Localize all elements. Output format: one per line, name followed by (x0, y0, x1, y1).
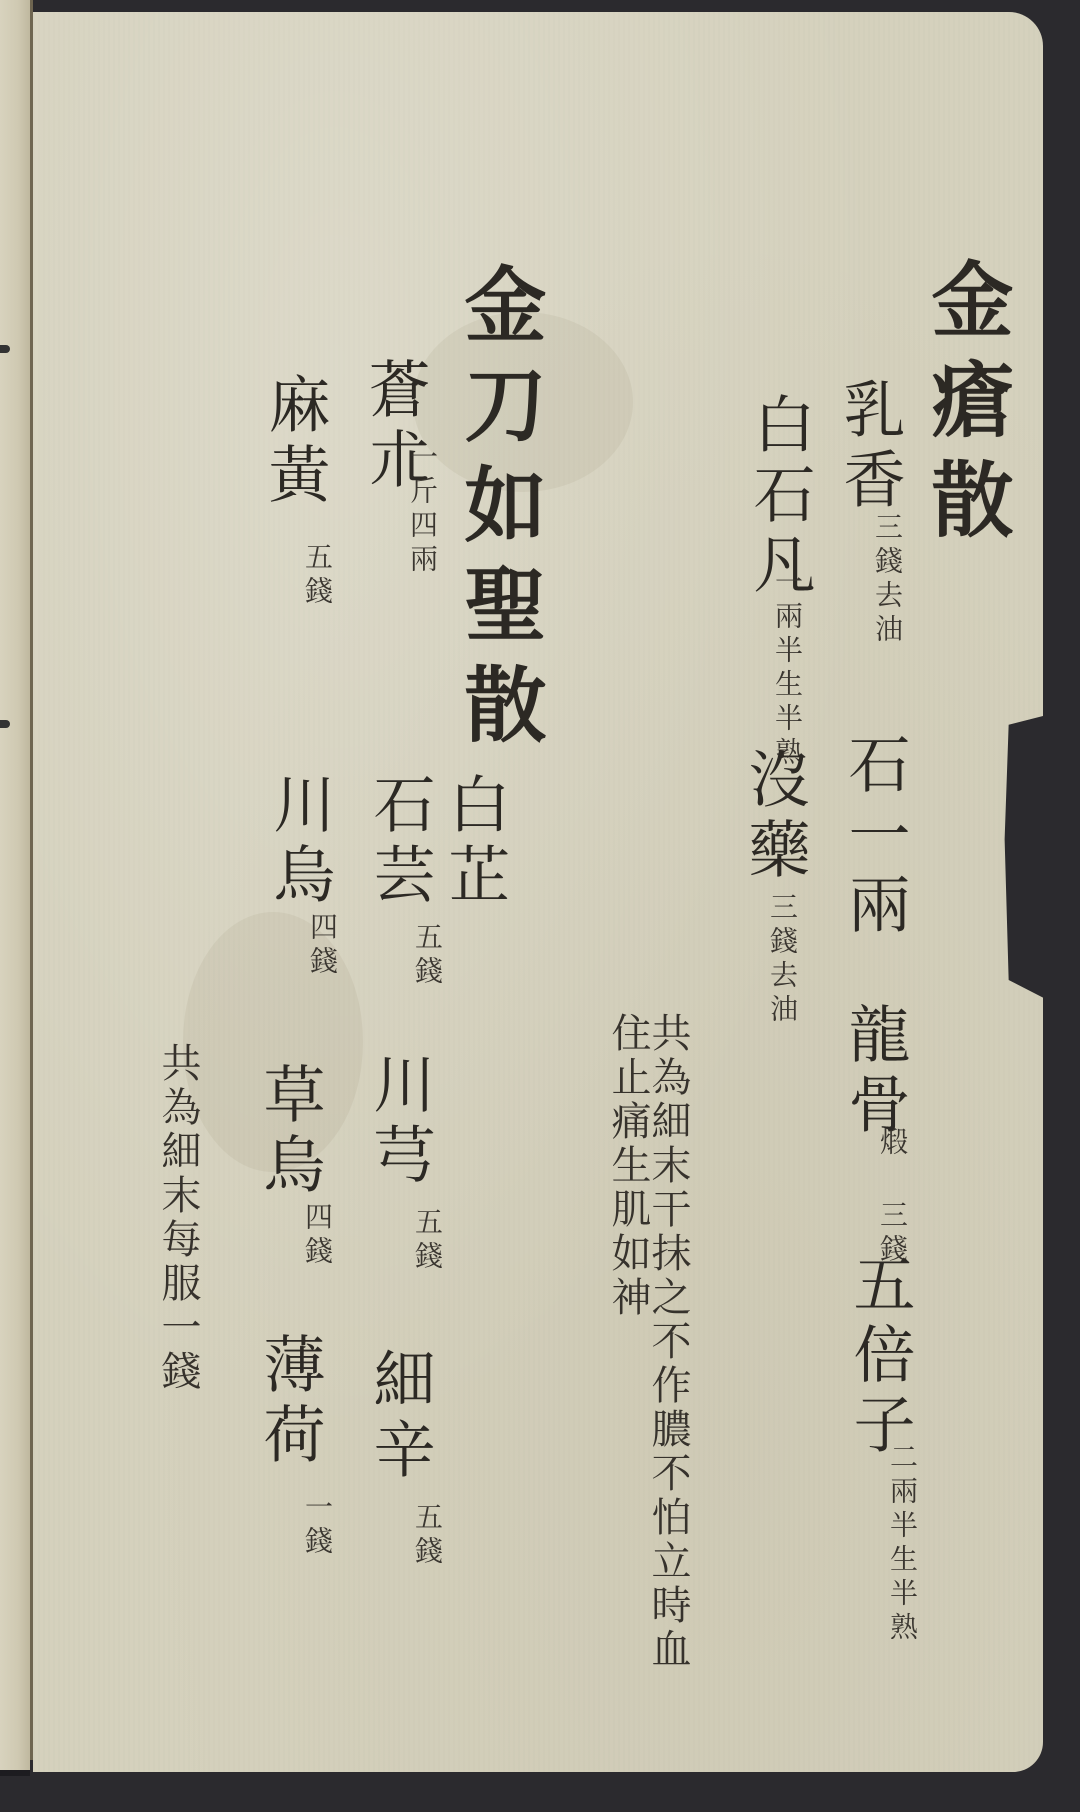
recipe2-instructions: 共為細末每服一錢 (158, 1042, 198, 1482)
ingredient-name: 石一兩 (843, 732, 905, 942)
ingredient-note: 一斤四兩 (408, 442, 436, 578)
ingredient-name: 細辛 (368, 1347, 430, 1487)
ingredient-name: 乳香 (838, 377, 900, 517)
facing-page-edge (0, 0, 30, 1776)
ingredient-note: 煅 三錢 (878, 1127, 906, 1268)
ingredient-name: 白芷 (443, 772, 505, 912)
ingredient-note: 五錢 (413, 1207, 441, 1275)
ingredient-note: 四錢 (308, 912, 336, 980)
ingredient-name: 川芎 (368, 1052, 430, 1192)
ingredient-name: 龍骨 (843, 1002, 905, 1142)
ingredient-note: 二兩半生半熟 (888, 1442, 916, 1646)
ingredient-name: 草烏 (258, 1062, 320, 1202)
ingredient-note: 一錢 (303, 1492, 331, 1560)
ingredient-name: 麻黃 (263, 372, 325, 512)
recipe1-instructions: 共為細末干抹之不作膿不怕立時血住止痛生肌如神 (608, 1012, 688, 1702)
ingredient-note: 一兩半生半熟 (773, 567, 801, 771)
ingredient-note: 三錢去油 (768, 892, 796, 1028)
ink-mark (0, 720, 10, 728)
ingredient-name: 薄荷 (258, 1332, 320, 1472)
spine-line (30, 0, 33, 1760)
ingredient-note: 三錢去油 (873, 512, 901, 648)
ingredient-name: 五倍子 (848, 1252, 910, 1462)
ink-mark (0, 345, 10, 353)
ingredient-note: 四錢 (303, 1202, 331, 1270)
recipe2-title: 金刀如聖散 (458, 262, 540, 762)
ingredient-name: 石芸 (368, 772, 430, 912)
ingredient-note: 五錢 (303, 542, 331, 610)
ingredient-name: 沒藥 (743, 747, 805, 887)
ingredient-note: 五錢 (413, 1502, 441, 1570)
manuscript-page: 金瘡散 乳香 三錢去油 白石凡 一兩半生半熟 沒藥 三錢去油 石一兩 龍骨 煅 … (33, 12, 1043, 1772)
ingredient-name: 川烏 (268, 772, 330, 912)
ingredient-note: 五錢 (413, 922, 441, 990)
recipe1-title: 金瘡散 (925, 257, 1007, 557)
